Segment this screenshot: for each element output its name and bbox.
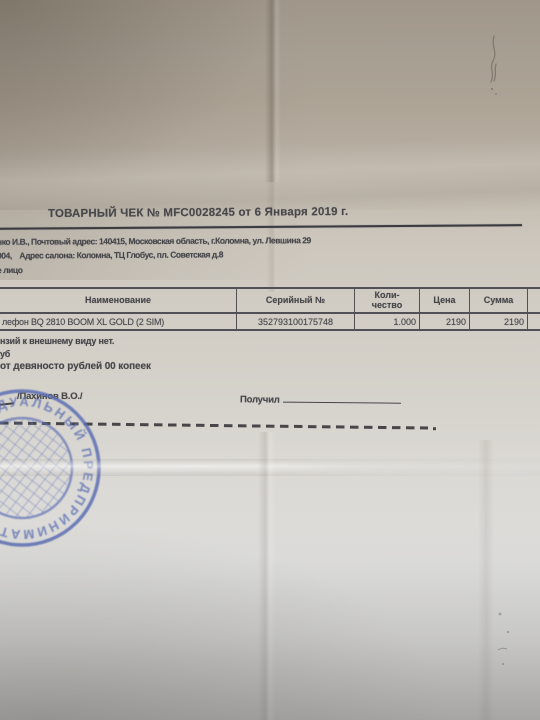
- seller-signature-stroke: [0, 402, 14, 405]
- col-header-qty-label: Коли- чество: [372, 291, 402, 311]
- fold-light-band: [0, 138, 540, 210]
- items-table: Наименование Серийный № Коли- чество Цен…: [0, 287, 540, 331]
- svg-text:ИНДИВИДУАЛЬНЫЙ ПРЕДПРИНИМАТЕЛЬ: ИНДИВИДУАЛЬНЫЙ ПРЕДПРИНИМАТЕЛЬ: [0, 394, 96, 543]
- receipt-title: ТОВАРНЫЙ ЧЕК № MFC0028245 от 6 Января 20…: [48, 206, 348, 220]
- amount-in-words: от девяносто рублей 00 копеек: [0, 361, 151, 372]
- received-signature-line: [283, 392, 401, 404]
- fold-crease-top-vertical: [265, 0, 281, 182]
- fold-crease-middle-horizontal: [0, 459, 540, 476]
- round-stamp: ИНДИВИДУАЛЬНЫЙ ПРЕДПРИНИМАТЕЛЬ: [0, 383, 107, 553]
- col-header-price: Цена: [420, 289, 470, 314]
- pen-scribble: [482, 34, 508, 98]
- item-sum: 2190: [470, 314, 528, 331]
- stamp-globe-hatch: [0, 418, 72, 518]
- cut-dashed-line: [0, 418, 444, 434]
- title-underline: [0, 224, 522, 230]
- col-header-cutoff: [528, 289, 540, 314]
- item-price: 2190: [420, 314, 470, 331]
- received-label: Получил: [240, 394, 280, 405]
- item-cutoff: [528, 314, 540, 331]
- ink-specks: [492, 606, 522, 676]
- fold-crease-right-vertical: [478, 440, 494, 720]
- col-header-sum: Сумма: [470, 289, 528, 314]
- receipt-photo: ТОВАРНЫЙ ЧЕК № MFC0028245 от 6 Января 20…: [0, 0, 540, 720]
- stamp-ring-text: ИНДИВИДУАЛЬНЫЙ ПРЕДПРИНИМАТЕЛЬ: [0, 394, 96, 543]
- fold-crease-bottom-vertical: [258, 432, 276, 720]
- col-header-qty: Коли- чество: [355, 289, 420, 314]
- item-serial: 352793100175748: [237, 314, 355, 331]
- seller-address-line-3: е лицо: [0, 265, 22, 275]
- seller-address-line-1: нко И.В., Почтовый адрес: 140415, Москов…: [0, 235, 311, 247]
- paper-shadow-topleft: [0, 0, 320, 230]
- col-header-name: Наименование: [0, 289, 237, 314]
- item-qty: 1.000: [355, 314, 420, 331]
- stamp-outer-ring: [0, 391, 99, 545]
- paper-shadow-bottomleft: [0, 480, 540, 720]
- note-condition: нзий к внешнему виду нет.: [0, 336, 114, 346]
- item-name: лефон BQ 2810 BOOM XL GOLD (2 SIM): [0, 314, 237, 331]
- seller-address-line-2: 004, Адрес салона: Коломна, ТЦ Глобус, п…: [0, 249, 223, 260]
- col-header-serial: Серийный №: [237, 289, 355, 314]
- paper-shadow-bottom: [0, 556, 540, 720]
- received-row: Получил: [240, 391, 401, 406]
- seller-signature-name: /Пахинов В.О./: [17, 391, 82, 402]
- note-currency: уб: [0, 349, 10, 359]
